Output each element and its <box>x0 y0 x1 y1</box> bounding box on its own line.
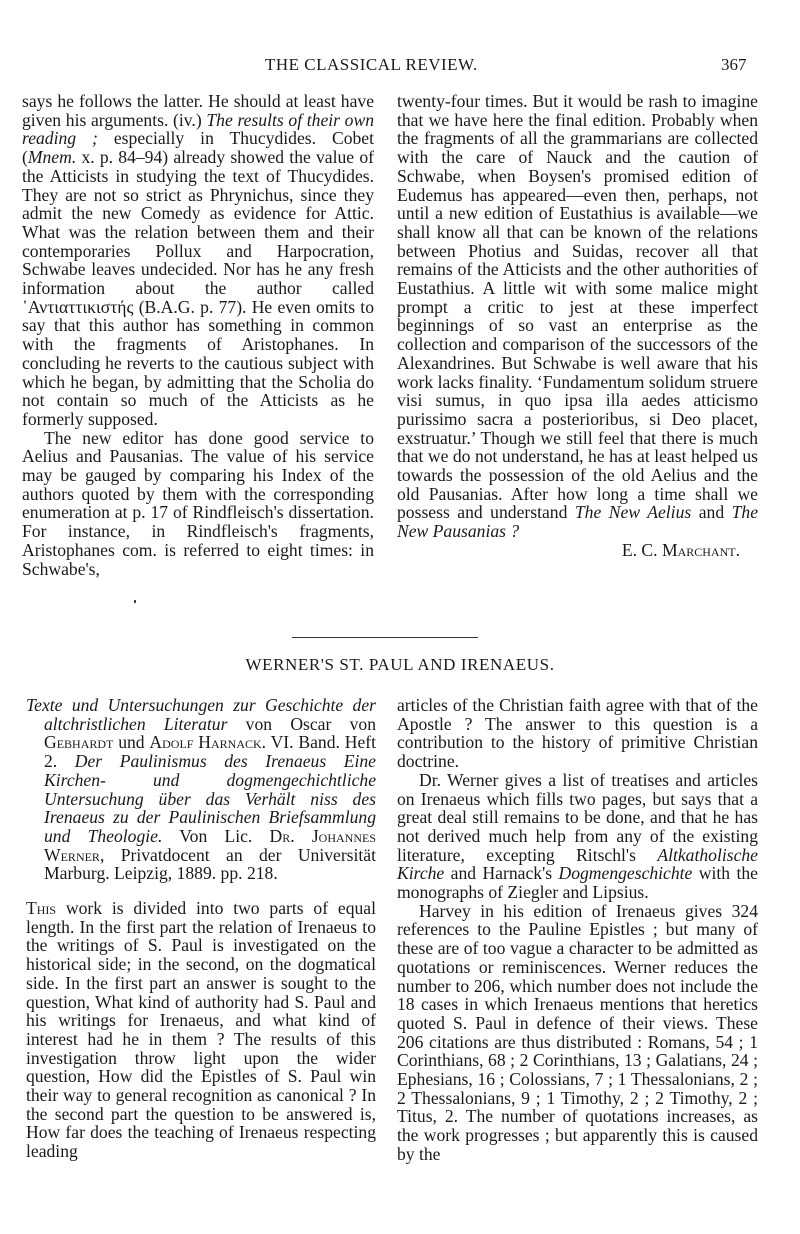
running-head: THE CLASSICAL REVIEW. 367 <box>0 55 800 79</box>
print-speck <box>134 600 136 603</box>
previous-article-left-column: says he follows the latter. He should at… <box>22 92 374 578</box>
article-left-column: Texte und Untersuchungen zur Geschichte … <box>26 696 376 1161</box>
greek-term: ᾿Αντιαττικιστής <box>22 297 133 317</box>
paragraph: says he follows the latter. He should at… <box>22 92 374 429</box>
previous-article-right-column: twenty-four times. But it would be rash … <box>397 92 758 560</box>
section-divider <box>292 637 478 638</box>
paragraph: The new editor has done good service to … <box>22 429 374 579</box>
page-number: 367 <box>721 55 747 75</box>
article-title: WERNER'S ST. PAUL AND IRENAEUS. <box>200 655 600 675</box>
paragraph: articles of the Christian faith agree wi… <box>397 696 758 771</box>
paragraph: This work is divided into two parts of e… <box>26 899 376 1161</box>
paragraph: Harvey in his edition of Irenaeus gives … <box>397 902 758 1164</box>
paragraph: Dr. Werner gives a list of treatises and… <box>397 771 758 902</box>
bibliographic-entry: Texte und Untersuchungen zur Geschichte … <box>26 696 376 883</box>
article-right-column: articles of the Christian faith agree wi… <box>397 696 758 1164</box>
author-signature: E. C. Marchant. <box>397 541 758 560</box>
paragraph: twenty-four times. But it would be rash … <box>397 92 758 541</box>
journal-title: THE CLASSICAL REVIEW. <box>265 55 478 75</box>
